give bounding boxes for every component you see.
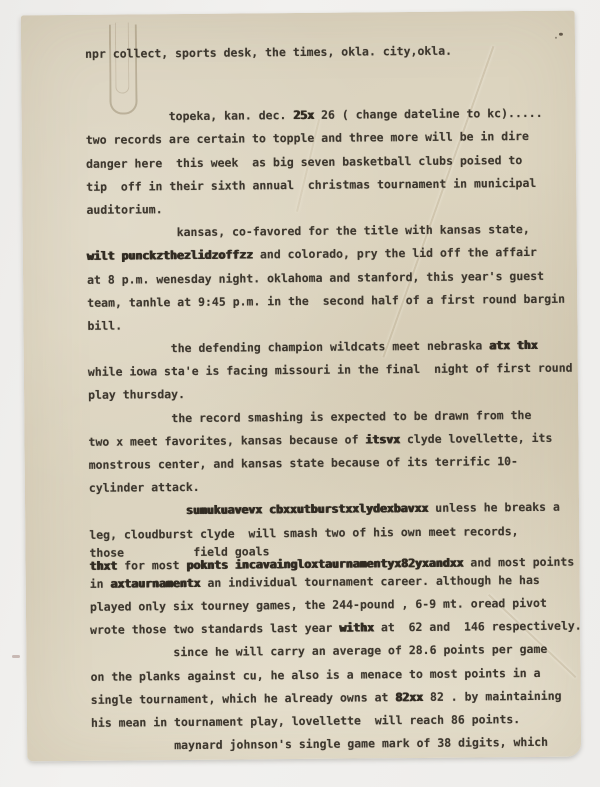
struck-text: atx thx	[489, 338, 538, 352]
text-run: in	[90, 576, 111, 590]
scanner-mark	[12, 655, 20, 658]
text-run: played only six tourney games, the 244-p…	[90, 596, 547, 614]
struck-text: 25x	[293, 108, 314, 122]
text-line: tip off in their sixth annual christmas …	[86, 172, 554, 199]
text-run: at 8 p.m. wenesday night. oklahoma and s…	[87, 268, 544, 286]
text-run: and most points	[463, 554, 574, 569]
text-run: wrote those two standards last year	[90, 621, 339, 637]
text-run: play thursday.	[88, 387, 185, 402]
text-run	[89, 503, 186, 518]
text-run: leg, cloudburst clyde will smash two of …	[89, 524, 518, 542]
struck-text: wilt punckzthezlidzoffzz	[87, 248, 253, 263]
text-run: 26 ( change dateline to kc).....	[314, 106, 543, 122]
text-run: at 62 and 146 respectively.	[374, 619, 582, 635]
text-line: since he will carry an average of 28.6 p…	[90, 638, 558, 665]
text-line: wilt punckzthezlidzoffzz and colorado, p…	[87, 241, 555, 268]
text-run: the defending champion wildcats meet neb…	[88, 338, 490, 356]
text-run: clyde lovellette, its	[400, 431, 552, 446]
scan-background: npr collect, sports desk, the times, okl…	[0, 0, 600, 787]
struck-text: 82xx	[395, 690, 423, 704]
text-run: and colorado, pry the lid off the affair	[253, 245, 537, 261]
text-run: tip off in their sixth annual christmas …	[86, 176, 536, 194]
text-run: his mean in tournament play, lovellette …	[91, 712, 520, 730]
text-run: since he will carry an average of 28.6 p…	[90, 642, 547, 660]
ink-speck	[559, 33, 563, 36]
struck-text: poknts	[186, 557, 228, 571]
struck-text: axtaurnamentx	[110, 576, 200, 591]
text-line: monstrous center, and kansas state becau…	[89, 450, 557, 477]
text-run: for most	[117, 558, 186, 573]
typewritten-text: npr collect, sports desk, the times, okl…	[85, 39, 559, 758]
text-line: maynard johnson's single game mark of 38…	[91, 731, 559, 758]
text-line: while iowa sta'e is facing missouri in t…	[88, 357, 556, 384]
struck-text: sumukuavevx cbxxutburstxxlydexbavxx	[186, 501, 428, 517]
text-run: monstrous center, and kansas state becau…	[89, 454, 518, 472]
text-run: topeka, kan. dec.	[86, 108, 294, 124]
struck-text: withx	[339, 620, 374, 634]
text-run: an individual tournament career. althoug…	[200, 573, 539, 590]
text-run: unless he breaks a	[428, 500, 560, 515]
text-line: two records are certain to topple and th…	[86, 125, 554, 152]
struck-text: itsvx	[365, 432, 400, 446]
text-run: 82 . by maintaining	[423, 688, 562, 703]
struck-text: thxt	[89, 558, 117, 572]
text-run: kansas, co-favored for the title with ka…	[87, 222, 530, 240]
text-line: team, tanhle at 9:45 p.m. in the second …	[87, 287, 555, 314]
text-run: while iowa sta'e is facing missouri in t…	[88, 361, 573, 379]
ink-speck	[555, 37, 557, 39]
text-run: cylinder attack.	[89, 480, 200, 495]
text-line: sumukuavevx cbxxutburstxxlydexbavxx unle…	[89, 496, 557, 523]
text-run: danger here this week as big seven baske…	[86, 153, 522, 171]
text-run: npr collect, sports desk, the times, okl…	[85, 44, 452, 61]
text-run: maynard johnson's single game mark of 38…	[91, 735, 548, 753]
text-run: bill.	[87, 318, 122, 332]
text-run: two records are certain to topple and th…	[86, 129, 529, 147]
line-gap	[85, 62, 553, 106]
paper-sheet: npr collect, sports desk, the times, okl…	[21, 11, 581, 762]
text-run: the record smashing is expected to be dr…	[88, 408, 531, 426]
text-run: two x meet favorites, kansas because of	[88, 432, 365, 448]
text-run: single tournament, which he already owns…	[91, 690, 396, 707]
text-line: leg, cloudburst clyde will smash two of …	[89, 519, 557, 546]
text-run: team, tanhle at 9:45 p.m. in the second …	[87, 291, 565, 309]
text-run: on the planks against cu, he also is a m…	[90, 665, 540, 683]
text-run: auditorium.	[86, 202, 162, 217]
